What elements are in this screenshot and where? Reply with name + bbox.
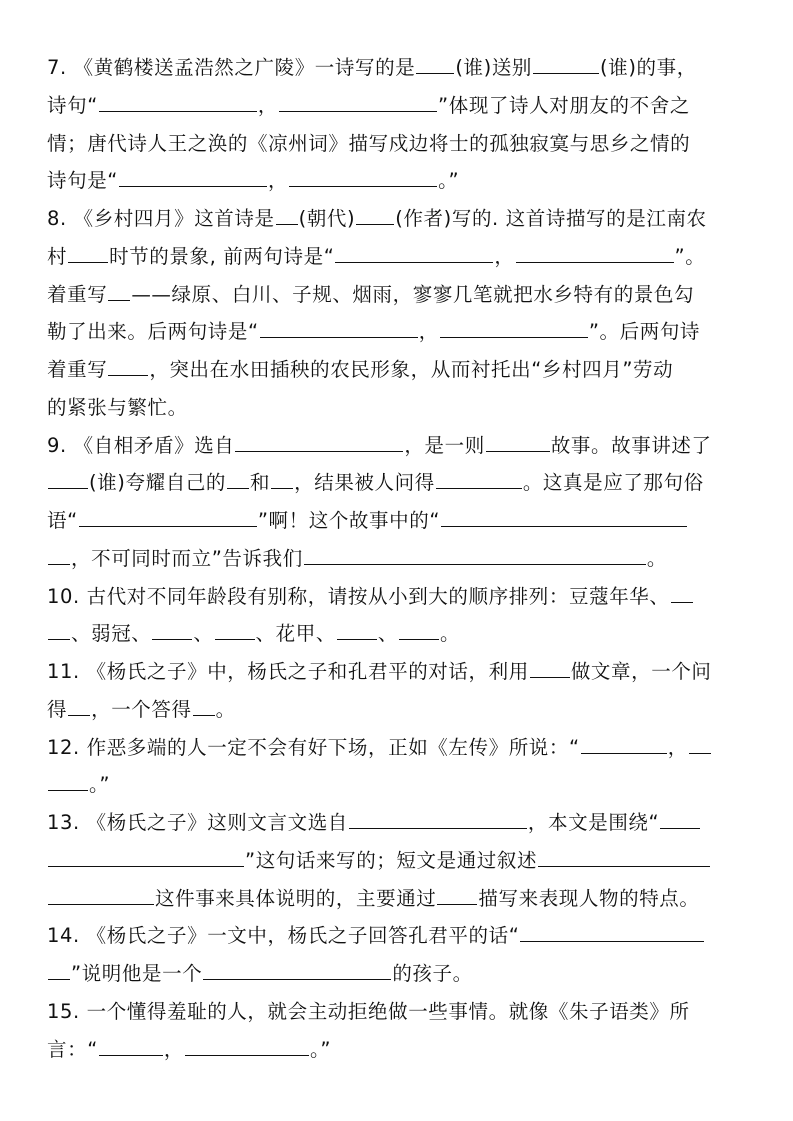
question-text: 语“ bbox=[47, 506, 78, 536]
answer-blank[interactable] bbox=[79, 506, 257, 527]
question-text: 。 bbox=[647, 544, 667, 574]
answer-blank[interactable] bbox=[581, 733, 667, 754]
question-text: ， bbox=[419, 317, 439, 347]
answer-blank[interactable] bbox=[260, 317, 418, 338]
answer-blank[interactable] bbox=[99, 1035, 163, 1056]
question-line: 语“”啊！这个故事中的“ bbox=[47, 506, 688, 536]
question-text: 。” bbox=[438, 166, 459, 196]
question-text: 。 bbox=[440, 619, 460, 649]
answer-blank[interactable] bbox=[416, 53, 454, 74]
answer-blank[interactable] bbox=[436, 468, 522, 489]
question-text: 、 bbox=[378, 619, 398, 649]
answer-blank[interactable] bbox=[48, 544, 70, 565]
question-line: ，不可同时而立”告诉我们。 bbox=[47, 544, 667, 574]
question-text: 的紧张与繁忙。 bbox=[47, 393, 188, 423]
question-text: 10. 古代对不同年龄段有别称，请按从小到大的顺序排列：豆蔻年华、 bbox=[47, 582, 670, 612]
question-text: ”体现了诗人对朋友的不舍之 bbox=[438, 91, 690, 121]
question-line: 8. 《乡村四月》这首诗是(朝代)(作者)写的. 这首诗描写的是江南农 bbox=[47, 204, 707, 234]
question-line: 情；唐代诗人王之涣的《凉州词》描写戍边将士的孤独寂寞与思乡之情的 bbox=[47, 129, 690, 159]
question-text: 11. 《杨氏之子》中，杨氏之子和孔君平的对话，利用 bbox=[47, 657, 529, 687]
answer-blank[interactable] bbox=[335, 242, 493, 263]
question-text: ， bbox=[668, 733, 688, 763]
question-text: 、花甲、 bbox=[256, 619, 336, 649]
answer-blank[interactable] bbox=[99, 91, 257, 112]
answer-blank[interactable] bbox=[48, 846, 244, 867]
question-text: ，不可同时而立”告诉我们 bbox=[71, 544, 303, 574]
answer-blank[interactable] bbox=[48, 959, 70, 980]
question-text: 这件事来具体说明的，主要通过 bbox=[155, 884, 436, 914]
question-text: 着重写 bbox=[47, 355, 107, 385]
question-text: 14. 《杨氏之子》一文中，杨氏之子回答孔君平的话“ bbox=[47, 921, 519, 951]
question-line: 10. 古代对不同年龄段有别称，请按从小到大的顺序排列：豆蔻年华、 bbox=[47, 582, 694, 612]
question-text: 得 bbox=[47, 695, 67, 725]
answer-blank[interactable] bbox=[289, 166, 437, 187]
question-text: 、 bbox=[193, 619, 213, 649]
question-line: 7. 《黄鹤楼送孟浩然之广陵》一诗写的是(谁)送别(谁)的事， bbox=[47, 53, 697, 83]
answer-blank[interactable] bbox=[671, 582, 693, 603]
answer-blank[interactable] bbox=[108, 355, 148, 376]
answer-blank[interactable] bbox=[516, 242, 674, 263]
answer-blank[interactable] bbox=[227, 468, 249, 489]
question-line: 。” bbox=[47, 770, 110, 800]
question-text: 做文章，一个问 bbox=[571, 657, 712, 687]
question-text: 情；唐代诗人王之涣的《凉州词》描写戍边将士的孤独寂寞与思乡之情的 bbox=[47, 129, 690, 159]
answer-blank[interactable] bbox=[399, 619, 439, 640]
question-line: 言：“，。” bbox=[47, 1035, 331, 1065]
answer-blank[interactable] bbox=[538, 846, 710, 867]
answer-blank[interactable] bbox=[276, 204, 298, 225]
question-text: ， bbox=[164, 1035, 184, 1065]
question-text: ， bbox=[268, 166, 288, 196]
question-text: ， bbox=[258, 91, 278, 121]
answer-blank[interactable] bbox=[271, 468, 293, 489]
question-line: 得，一个答得。 bbox=[47, 695, 236, 725]
question-text: 诗句“ bbox=[47, 91, 98, 121]
answer-blank[interactable] bbox=[48, 770, 88, 791]
answer-blank[interactable] bbox=[440, 317, 588, 338]
question-line: 的紧张与繁忙。 bbox=[47, 393, 188, 423]
answer-blank[interactable] bbox=[203, 959, 391, 980]
answer-blank[interactable] bbox=[689, 733, 711, 754]
answer-blank[interactable] bbox=[68, 695, 90, 716]
answer-blank[interactable] bbox=[48, 619, 70, 640]
question-line: 村时节的景象, 前两句诗是“，”。 bbox=[47, 242, 705, 272]
question-text: (作者)写的. 这首诗描写的是江南农 bbox=[395, 204, 706, 234]
question-line: ”这句话来写的；短文是通过叙述 bbox=[47, 846, 711, 876]
question-line: 诗句“，”体现了诗人对朋友的不舍之 bbox=[47, 91, 690, 121]
answer-blank[interactable] bbox=[660, 808, 700, 829]
question-text: 。” bbox=[310, 1035, 331, 1065]
question-line: 这件事来具体说明的，主要通过描写来表现人物的特点。 bbox=[47, 884, 700, 914]
question-text: 、弱冠、 bbox=[71, 619, 151, 649]
answer-blank[interactable] bbox=[520, 921, 704, 942]
question-text: 故事。故事讲述了 bbox=[551, 431, 712, 461]
question-text: 村 bbox=[47, 242, 67, 272]
answer-blank[interactable] bbox=[68, 242, 108, 263]
question-line: 勒了出来。后两句诗是“，”。后两句诗 bbox=[47, 317, 700, 347]
question-text: ”这句话来写的；短文是通过叙述 bbox=[245, 846, 537, 876]
answer-blank[interactable] bbox=[486, 431, 550, 452]
question-line: 11. 《杨氏之子》中，杨氏之子和孔君平的对话，利用做文章，一个问 bbox=[47, 657, 712, 687]
answer-blank[interactable] bbox=[235, 431, 403, 452]
question-text: (朝代) bbox=[299, 204, 356, 234]
question-text: 7. 《黄鹤楼送孟浩然之广陵》一诗写的是 bbox=[47, 53, 415, 83]
question-line: 12. 作恶多端的人一定不会有好下场，正如《左传》所说：“， bbox=[47, 733, 712, 763]
question-line: 着重写——绿原、白川、子规、烟雨，寥寥几笔就把水乡特有的景色勾 bbox=[47, 280, 694, 310]
question-text: ，突出在水田插秧的农民形象，从而衬托出“乡村四月”劳动 bbox=[149, 355, 673, 385]
answer-blank[interactable] bbox=[530, 657, 570, 678]
question-text: ”啊！这个故事中的“ bbox=[258, 506, 440, 536]
question-text: 15. 一个懂得羞耻的人，就会主动拒绝做一些事情。就像《朱子语类》所 bbox=[47, 997, 690, 1027]
question-text: ”。 bbox=[675, 242, 706, 272]
question-text: (谁)送别 bbox=[455, 53, 532, 83]
question-line: 着重写，突出在水田插秧的农民形象，从而衬托出“乡村四月”劳动 bbox=[47, 355, 673, 385]
answer-blank[interactable] bbox=[304, 544, 646, 565]
answer-blank[interactable] bbox=[193, 695, 215, 716]
question-text: ，是一则 bbox=[404, 431, 484, 461]
answer-blank[interactable] bbox=[215, 619, 255, 640]
answer-blank[interactable] bbox=[356, 204, 394, 225]
question-line: 诗句是“，。” bbox=[47, 166, 459, 196]
answer-blank[interactable] bbox=[337, 619, 377, 640]
question-line: ”说明他是一个的孩子。 bbox=[47, 959, 473, 989]
answer-blank[interactable] bbox=[185, 1035, 309, 1056]
answer-blank[interactable] bbox=[533, 53, 599, 74]
answer-blank[interactable] bbox=[48, 884, 154, 905]
question-text: (谁)夸耀自己的 bbox=[89, 468, 226, 498]
question-line: 14. 《杨氏之子》一文中，杨氏之子回答孔君平的话“ bbox=[47, 921, 705, 951]
question-text: 描写来表现人物的特点。 bbox=[478, 884, 699, 914]
answer-blank[interactable] bbox=[437, 884, 477, 905]
question-line: 15. 一个懂得羞耻的人，就会主动拒绝做一些事情。就像《朱子语类》所 bbox=[47, 997, 690, 1027]
question-line: 、弱冠、、、花甲、、。 bbox=[47, 619, 460, 649]
question-text: 诗句是“ bbox=[47, 166, 118, 196]
answer-blank[interactable] bbox=[152, 619, 192, 640]
question-text: ”说明他是一个 bbox=[71, 959, 202, 989]
question-line: 9. 《自相矛盾》选自，是一则故事。故事讲述了 bbox=[47, 431, 712, 461]
answer-blank[interactable] bbox=[108, 280, 130, 301]
answer-blank[interactable] bbox=[349, 808, 527, 829]
question-text: 9. 《自相矛盾》选自 bbox=[47, 431, 234, 461]
answer-blank[interactable] bbox=[48, 468, 88, 489]
question-text: 13. 《杨氏之子》这则文言文选自 bbox=[47, 808, 348, 838]
question-text: ，本文是围绕“ bbox=[528, 808, 659, 838]
question-text: 。 bbox=[216, 695, 236, 725]
worksheet-page: 7. 《黄鹤楼送孟浩然之广陵》一诗写的是(谁)送别(谁)的事，诗句“，”体现了诗… bbox=[0, 0, 793, 1121]
question-text: 勒了出来。后两句诗是“ bbox=[47, 317, 259, 347]
answer-blank[interactable] bbox=[119, 166, 267, 187]
question-text: 的孩子。 bbox=[392, 959, 472, 989]
question-text: 言：“ bbox=[47, 1035, 98, 1065]
question-line: (谁)夸耀自己的和，结果被人问得。这真是应了那句俗 bbox=[47, 468, 704, 498]
answer-blank[interactable] bbox=[279, 91, 437, 112]
question-text: 着重写 bbox=[47, 280, 107, 310]
question-text: ， bbox=[494, 242, 514, 272]
question-text: 8. 《乡村四月》这首诗是 bbox=[47, 204, 275, 234]
question-line: 13. 《杨氏之子》这则文言文选自，本文是围绕“ bbox=[47, 808, 701, 838]
answer-blank[interactable] bbox=[441, 506, 687, 527]
question-text: ——绿原、白川、子规、烟雨，寥寥几笔就把水乡特有的景色勾 bbox=[131, 280, 694, 310]
question-text: 时节的景象, 前两句诗是“ bbox=[109, 242, 334, 272]
question-text: 。” bbox=[89, 770, 110, 800]
question-text: 12. 作恶多端的人一定不会有好下场，正如《左传》所说：“ bbox=[47, 733, 580, 763]
question-text: (谁)的事， bbox=[600, 53, 697, 83]
question-text: 。这真是应了那句俗 bbox=[523, 468, 704, 498]
question-text: 和 bbox=[250, 468, 270, 498]
question-text: ”。后两句诗 bbox=[589, 317, 700, 347]
question-text: ，结果被人问得 bbox=[294, 468, 435, 498]
question-text: ，一个答得 bbox=[91, 695, 192, 725]
